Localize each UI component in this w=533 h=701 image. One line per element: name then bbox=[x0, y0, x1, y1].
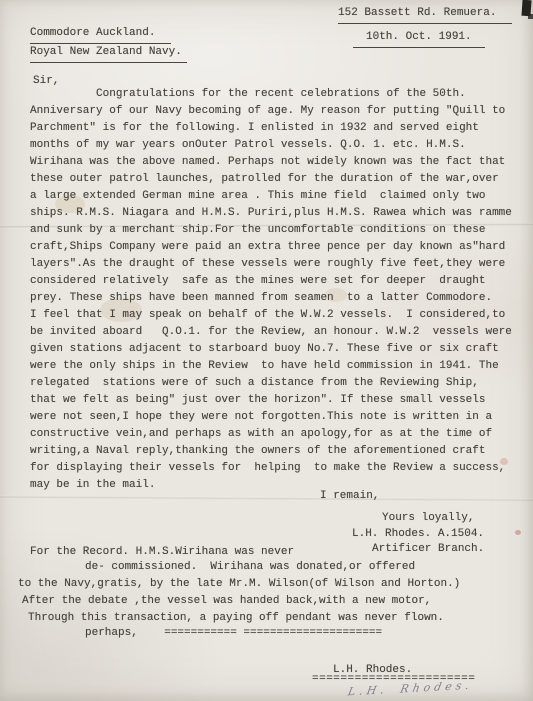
recipient-name-text: Commodore Auckland. bbox=[30, 25, 171, 44]
closing-yours-loyally: Yours loyally, bbox=[382, 510, 474, 527]
letter-body: Congratulations for the recent celebrati… bbox=[30, 86, 512, 494]
sender-address: 152 Bassett Rd. Remuera. bbox=[338, 5, 512, 24]
letter-date: 10th. Oct. 1991. bbox=[353, 29, 485, 48]
recipient-name: Commodore Auckland. bbox=[30, 25, 171, 44]
paper-crease-lower bbox=[0, 495, 533, 501]
ps-line-4: After the debate ,the vessel was handed … bbox=[22, 593, 431, 610]
ps-line-2: de- commissioned. Wirihana was donated,o… bbox=[85, 559, 415, 576]
ps-perhaps-line: perhaps, =========== ===================… bbox=[85, 625, 382, 642]
recipient-org-text: Royal New Zealand Navy. bbox=[30, 44, 187, 63]
red-dot-mark bbox=[515, 530, 521, 535]
letter-page: 152 Bassett Rd. Remuera. Commodore Auckl… bbox=[0, 0, 533, 701]
ps-line-3: to the Navy,gratis, by the late Mr.M. Wi… bbox=[18, 576, 460, 593]
closing-i-remain: I remain, bbox=[320, 488, 379, 505]
letter-date-text: 10th. Oct. 1991. bbox=[353, 29, 485, 48]
sender-address-text: 152 Bassett Rd. Remuera. bbox=[338, 5, 512, 24]
recipient-org: Royal New Zealand Navy. bbox=[30, 44, 187, 63]
closing-branch-line: Artificer Branch. bbox=[372, 541, 484, 558]
corner-ink-mark-fragment bbox=[528, 14, 533, 19]
